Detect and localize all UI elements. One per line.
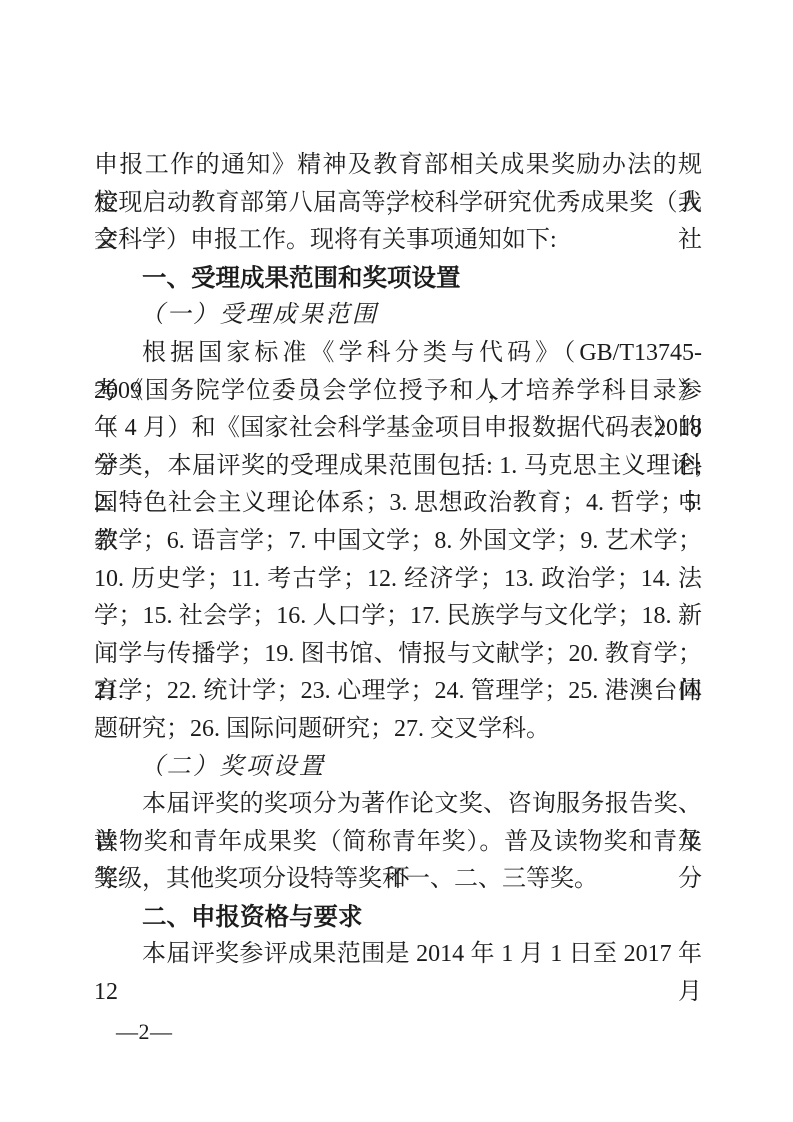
text-line: 闻学与传播学；19. 图书馆、情报与文献学；20. 教育学；21.体 — [94, 636, 702, 674]
section-1-1-subheading: （一）受理成果范围 — [94, 297, 702, 335]
text-line: 题研究；26. 国际问题研究；27. 交叉学科。 — [94, 711, 702, 749]
section-1-2-subheading: （二）奖项设置 — [94, 749, 702, 787]
text-line: 申报工作的通知》精神及教育部相关成果奖励办法的规定，我 — [94, 147, 702, 185]
text-line: 国特色社会主义理论体系；3. 思想政治教育；4. 哲学；5. 宗 — [94, 485, 702, 523]
text-line: 10. 历史学；11. 考古学；12. 经济学；13. 政治学；14. 法 — [94, 561, 702, 599]
section-1-heading: 一、受理成果范围和奖项设置 — [94, 260, 702, 298]
text-line: 校现启动教育部第八届高等学校科学研究优秀成果奖（人文社 — [94, 185, 702, 223]
text-line: 根据国家标准《学科分类与代码》（GB/T13745-2009），参 — [94, 335, 702, 373]
text-line: 本届评奖的奖项分为著作论文奖、咨询服务报告奖、普及 — [94, 786, 702, 824]
document-page: 申报工作的通知》精神及教育部相关成果奖励办法的规定，我 校现启动教育部第八届高等… — [0, 0, 793, 1122]
text-line: 读物奖和青年成果奖（简称青年奖）。普及读物奖和青年奖不分 — [94, 824, 702, 862]
text-line: 考《国务院学位委员会学位授予和人才培养学科目录》（2018 — [94, 373, 702, 411]
section-2-heading: 二、申报资格与要求 — [94, 899, 702, 937]
document-body: 申报工作的通知》精神及教育部相关成果奖励办法的规定，我 校现启动教育部第八届高等… — [94, 147, 702, 974]
text-line: 分类，本届评奖的受理成果范围包括: 1. 马克思主义理论; 2. 中 — [94, 448, 702, 486]
text-line: 年 4 月）和《国家社会科学基金项目申报数据代码表》的学科 — [94, 410, 702, 448]
text-line: 学；15. 社会学；16. 人口学；17. 民族学与文化学；18. 新 — [94, 598, 702, 636]
text-line: 本届评奖参评成果范围是 2014 年 1 月 1 日至 2017 年 12 月 — [94, 936, 702, 974]
text-line: 教学；6. 语言学；7. 中国文学；8. 外国文学；9. 艺术学； — [94, 523, 702, 561]
page-number: —2— — [116, 1017, 173, 1047]
text-line: 育学；22. 统计学；23. 心理学；24. 管理学；25. 港澳台问 — [94, 673, 702, 711]
